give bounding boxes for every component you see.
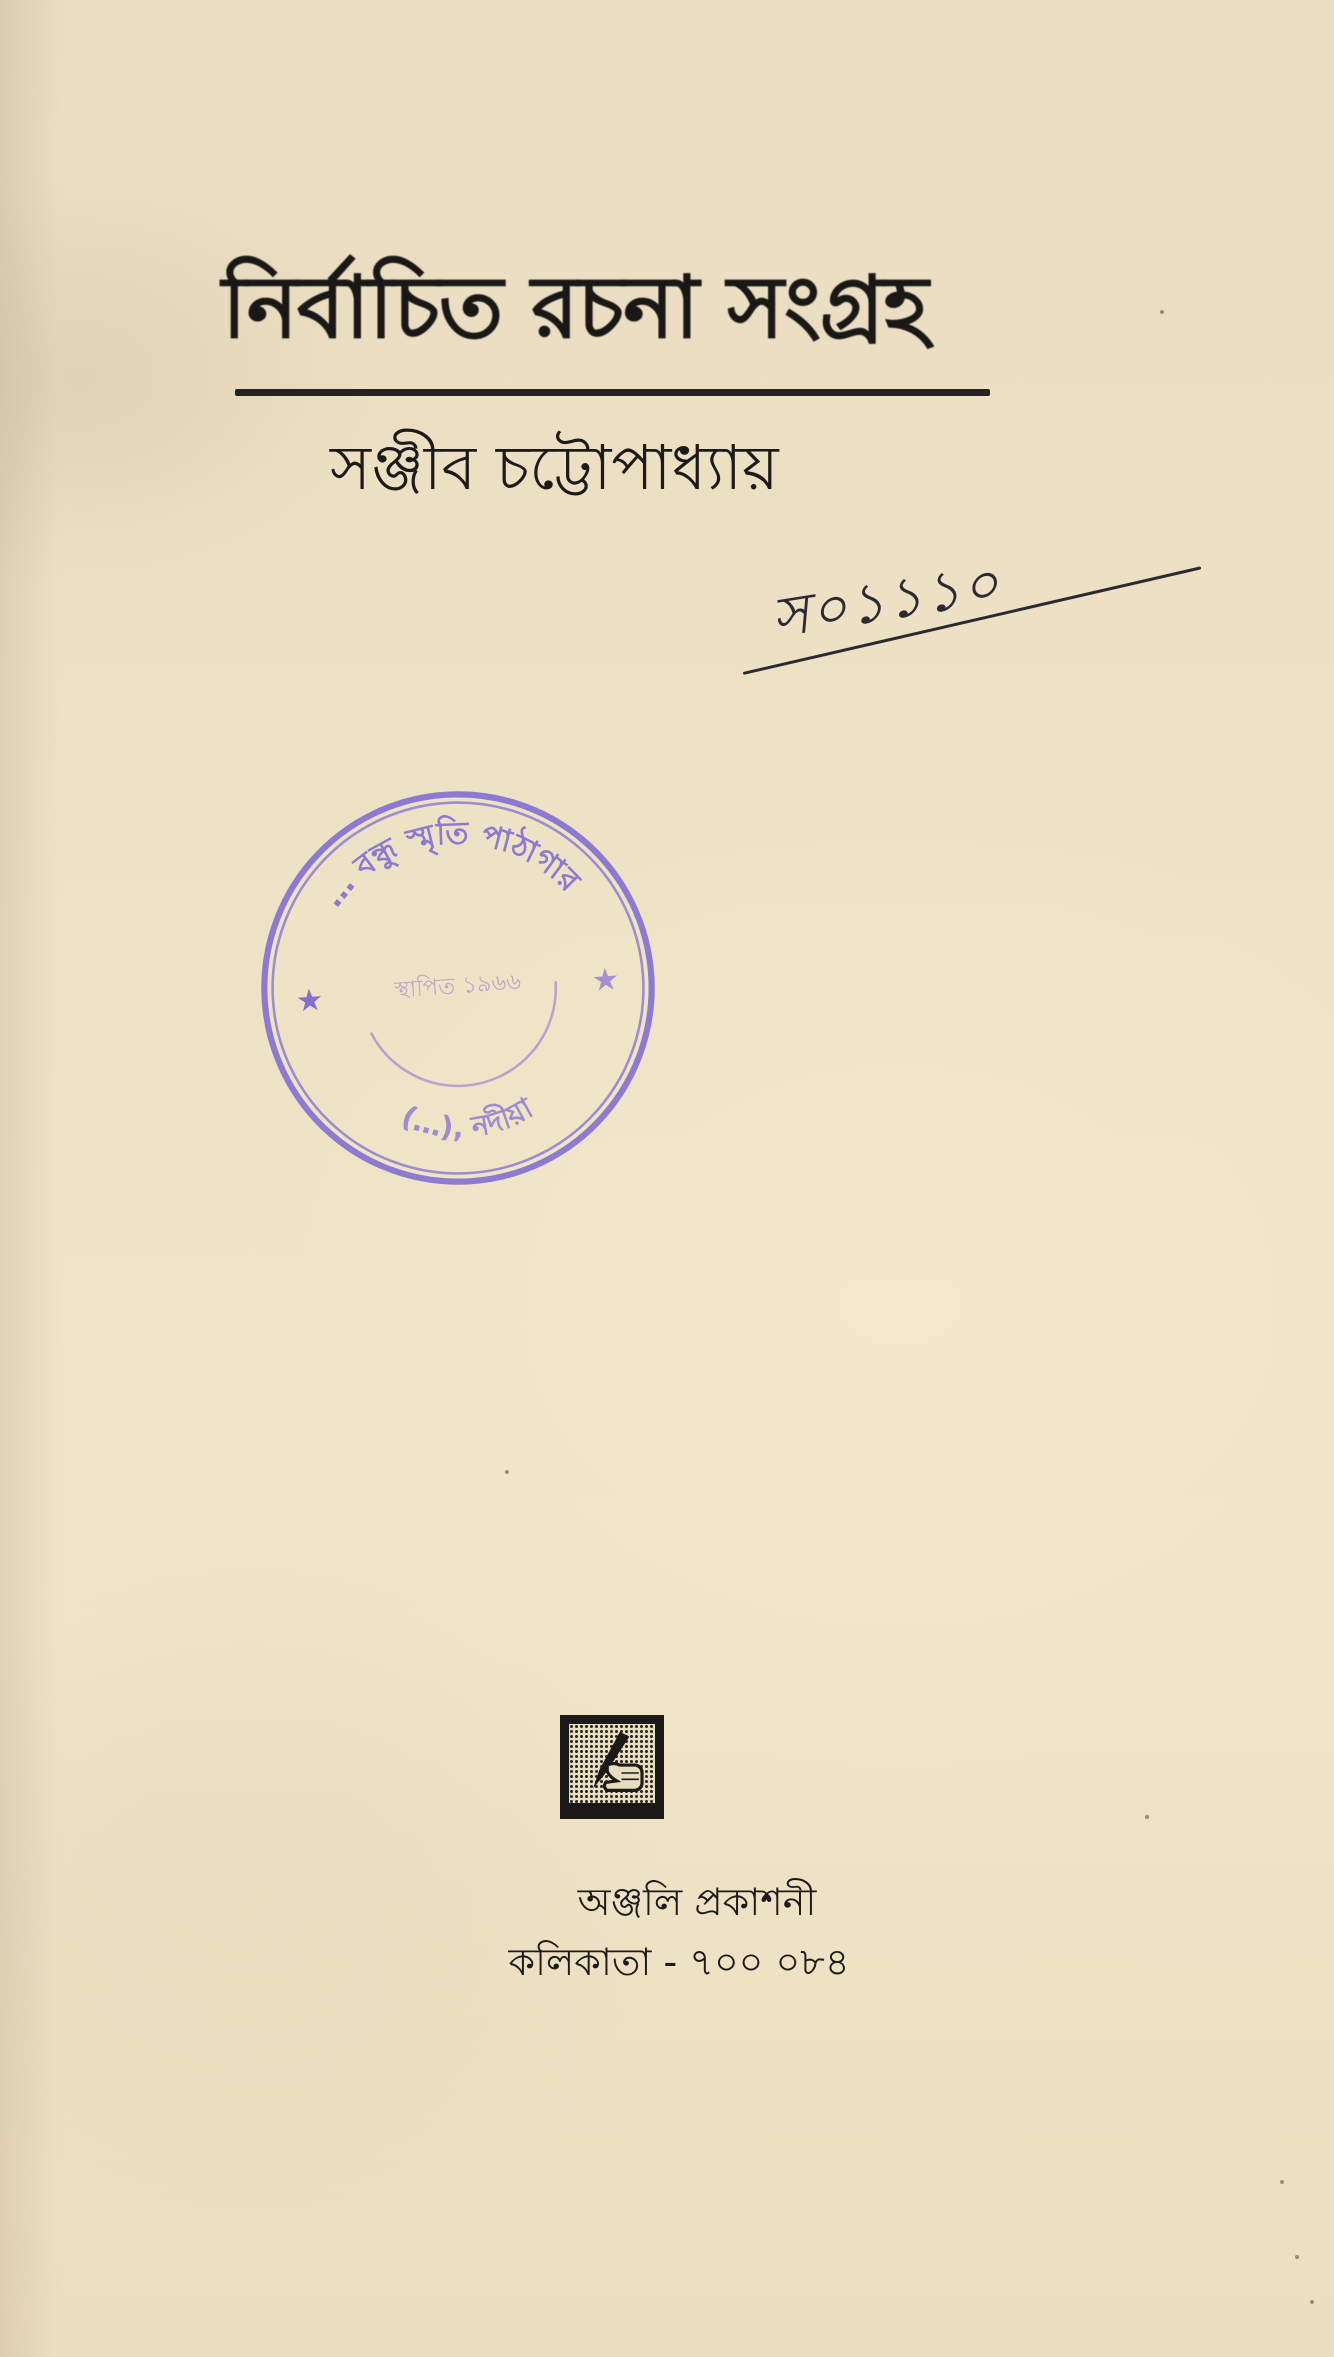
publisher-city-pin: কলিকাতা - ৭০০ ০৮৪ [0, 1932, 1334, 1992]
stamp-star-left-icon: ★ [295, 982, 325, 1020]
stamp-inner-text: স্থাপিত ১৯৬৬ [393, 968, 522, 1004]
paper-speck [1145, 1815, 1149, 1819]
stamp-top-text: … বন্ধু স্মৃতি পাঠাগার [310, 804, 589, 916]
page-curl-shadow [0, 0, 60, 2357]
stamp-bottom-text: (…), নদীয়া [394, 1089, 541, 1149]
paper-speck [1160, 310, 1164, 314]
author-name: সঞ্জীব চট্টোপাধ্যায় [330, 418, 890, 518]
library-stamp-seal-icon: … বন্ধু স্মৃতি পাঠাগার (…), নদীয়া ★ ★ স… [238, 768, 678, 1208]
svg-text:… বন্ধু স্মৃতি পাঠাগার: … বন্ধু স্মৃতি পাঠাগার [310, 804, 589, 916]
library-stamp: … বন্ধু স্মৃতি পাঠাগার (…), নদীয়া ★ ★ স… [238, 768, 678, 1208]
paper-speck [505, 1470, 509, 1474]
stamp-star-right-icon: ★ [590, 961, 620, 999]
paper-speck [1295, 2255, 1299, 2259]
svg-text:(…), নদীয়া: (…), নদীয়া [394, 1089, 541, 1149]
quill-pen-hand-icon [569, 1724, 655, 1803]
book-title: নির্বাচিত রচনা সংগ্রহ [222, 248, 1002, 368]
publisher-logo [560, 1715, 664, 1819]
paper-speck [1280, 2180, 1284, 2184]
title-underline-rule [235, 389, 990, 396]
paper-speck [1310, 2300, 1314, 2304]
publisher-name: অঞ্জলি প্রকাশনী [0, 1872, 1334, 1932]
